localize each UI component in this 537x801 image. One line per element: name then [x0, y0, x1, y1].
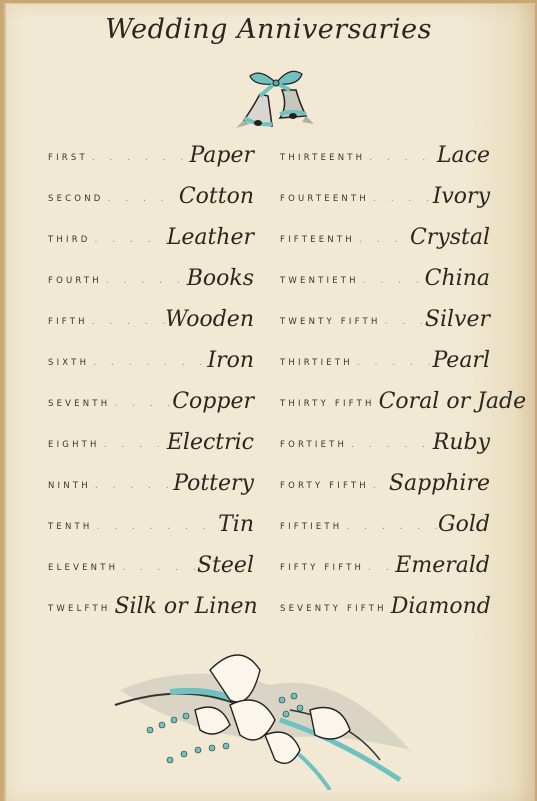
anniversary-ordinal: FIFTEENTH	[280, 235, 355, 252]
leader-dots: . . . . . . . . . . .	[365, 153, 437, 170]
anniversary-row: FOURTH. . . . . . . . . . .Books	[48, 259, 254, 293]
anniversary-gift: Leather	[167, 225, 254, 252]
anniversary-ordinal: ELEVENTH	[48, 563, 118, 580]
anniversary-row: FORTY FIFTH. . . . . . . . . . .Sapphire	[280, 464, 490, 498]
anniversary-ordinal: THIRTY FIFTH	[280, 399, 375, 416]
anniversary-row: TWENTY FIFTH. . . . . . . . . . .Silver	[280, 300, 490, 334]
anniversary-row: TWELFTH. . . . . . . . . . .Silk or Line…	[48, 587, 254, 621]
anniversary-row: FIFTIETH. . . . . . . . . . .Gold	[280, 505, 490, 539]
anniversary-ordinal: FIRST	[48, 153, 88, 170]
leader-dots: . . . . . . . . . . .	[369, 194, 433, 211]
anniversary-gift: Lace	[437, 143, 490, 170]
anniversary-gift: Sapphire	[389, 471, 490, 498]
anniversary-gift: China	[425, 266, 490, 293]
anniversary-row: SEVENTH. . . . . . . . . . .Copper	[48, 382, 254, 416]
anniversary-ordinal: FOURTEENTH	[280, 194, 369, 211]
leader-dots: . . . . . . . . . . .	[355, 235, 410, 252]
leader-dots: . . . . . . . . . . .	[88, 317, 165, 334]
leader-dots: . . . . . . . . . . .	[91, 235, 167, 252]
leader-dots: . . . . . . . . . . .	[89, 358, 207, 375]
leader-dots: . . . . . . . . . . .	[381, 317, 425, 334]
anniversary-ordinal: NINTH	[48, 481, 91, 498]
anniversary-ordinal: SECOND	[48, 194, 104, 211]
leader-dots: . . . . . . . . . . .	[93, 522, 219, 539]
anniversary-gift: Ruby	[433, 430, 490, 457]
anniversary-gift: Crystal	[410, 225, 490, 252]
anniversary-gift: Diamond	[391, 594, 491, 621]
anniversary-row: TENTH. . . . . . . . . . .Tin	[48, 505, 254, 539]
anniversary-gift: Gold	[438, 512, 490, 539]
anniversary-ordinal: FORTIETH	[280, 440, 347, 457]
anniversary-row: FIFTEENTH. . . . . . . . . . .Crystal	[280, 218, 490, 252]
anniversary-ordinal: EIGHTH	[48, 440, 100, 457]
anniversary-ordinal: TWENTIETH	[280, 276, 359, 293]
anniversary-ordinal: THIRTEENTH	[280, 153, 365, 170]
anniversary-row: ELEVENTH. . . . . . . . . . .Steel	[48, 546, 254, 580]
leader-dots: . . . . . . . . . . .	[347, 440, 433, 457]
anniversary-ordinal: FORTY FIFTH	[280, 481, 369, 498]
anniversary-row: SIXTH. . . . . . . . . . .Iron	[48, 341, 254, 375]
anniversary-row: SEVENTY FIFTH. . . . . . . . . . .Diamon…	[280, 587, 490, 621]
leader-dots: . . . . . . . . . . .	[118, 563, 197, 580]
anniversary-gift: Paper	[189, 143, 254, 170]
anniversary-ordinal: SIXTH	[48, 358, 89, 375]
leader-dots: . . . . . . . . . . .	[359, 276, 425, 293]
anniversary-gift: Silk or Linen	[114, 594, 257, 621]
leader-dots: . . . . . . . . . . .	[102, 276, 187, 293]
leader-dots: . . . . . . . . . . .	[110, 399, 172, 416]
anniversary-row: NINTH. . . . . . . . . . .Pottery	[48, 464, 254, 498]
anniversary-gift: Wooden	[165, 307, 254, 334]
anniversary-row: EIGHTH. . . . . . . . . . .Electric	[48, 423, 254, 457]
anniversary-gift: Steel	[197, 553, 254, 580]
leader-dots: . . . . . . . . . . .	[91, 481, 173, 498]
leader-dots: . . . . . . . . . . .	[353, 358, 433, 375]
anniversary-row: SECOND. . . . . . . . . . .Cotton	[48, 177, 254, 211]
anniversary-gift: Coral or Jade	[379, 389, 527, 416]
anniversary-ordinal: TENTH	[48, 522, 93, 539]
anniversary-ordinal: THIRTIETH	[280, 358, 353, 375]
flower-bouquet-illustration	[110, 630, 420, 790]
leader-dots: . . . . . . . . . . .	[369, 481, 389, 498]
anniversary-row: FIFTY FIFTH. . . . . . . . . . .Emerald	[280, 546, 490, 580]
anniversary-ordinal: SEVENTY FIFTH	[280, 604, 387, 621]
anniversary-row: THIRTEENTH. . . . . . . . . . .Lace	[280, 136, 490, 170]
anniversary-ordinal: THIRD	[48, 235, 91, 252]
anniversary-gift: Emerald	[395, 553, 490, 580]
anniversary-ordinal: TWELFTH	[48, 604, 110, 621]
anniversary-gift: Silver	[425, 307, 490, 334]
leader-dots: . . . . . . . . . . .	[88, 153, 190, 170]
anniversary-gift: Cotton	[179, 184, 254, 211]
anniversary-gift: Books	[187, 266, 254, 293]
anniversary-gift: Electric	[167, 430, 254, 457]
leader-dots: . . . . . . . . . . .	[342, 522, 438, 539]
anniversary-ordinal: FIFTY FIFTH	[280, 563, 364, 580]
anniversary-ordinal: SEVENTH	[48, 399, 110, 416]
leader-dots: . . . . . . . . . . .	[364, 563, 395, 580]
leader-dots: . . . . . . . . . . .	[100, 440, 167, 457]
anniversary-row: TWENTIETH. . . . . . . . . . .China	[280, 259, 490, 293]
anniversary-gift: Ivory	[433, 184, 490, 211]
anniversary-row: FOURTEENTH. . . . . . . . . . .Ivory	[280, 177, 490, 211]
anniversary-ordinal: FOURTH	[48, 276, 102, 293]
anniversary-row: FIRST. . . . . . . . . . .Paper	[48, 136, 254, 170]
anniversary-row: THIRD. . . . . . . . . . .Leather	[48, 218, 254, 252]
anniversary-ordinal: FIFTIETH	[280, 522, 342, 539]
page-title: Wedding Anniversaries	[0, 14, 537, 45]
anniversary-row: THIRTY FIFTH. . . . . . . . . . .Coral o…	[280, 382, 490, 416]
anniversary-ordinal: TWENTY FIFTH	[280, 317, 381, 334]
leader-dots: . . . . . . . . . . .	[104, 194, 179, 211]
anniversary-row: FIFTH. . . . . . . . . . .Wooden	[48, 300, 254, 334]
anniversary-gift: Pearl	[432, 348, 490, 375]
anniversary-gift: Iron	[207, 348, 254, 375]
anniversary-gift: Tin	[218, 512, 254, 539]
anniversary-row: FORTIETH. . . . . . . . . . .Ruby	[280, 423, 490, 457]
anniversary-gift: Pottery	[173, 471, 254, 498]
wedding-bells-icon	[230, 54, 320, 134]
anniversary-row: THIRTIETH. . . . . . . . . . .Pearl	[280, 341, 490, 375]
anniversary-gift: Copper	[172, 389, 254, 416]
anniversary-ordinal: FIFTH	[48, 317, 88, 334]
